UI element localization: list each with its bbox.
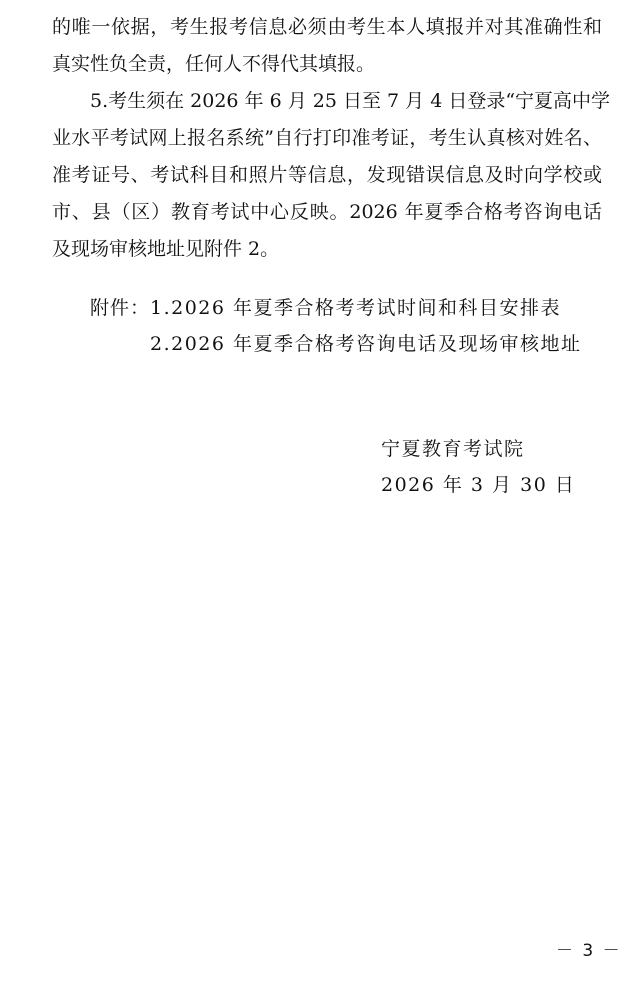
paragraph-5-line-4: 市、县（区）教育考试中心反映。2026 年夏季合格考咨询电话 <box>52 200 602 224</box>
paragraph-5-line-1: 5.考生须在 2026 年 6 月 25 日至 7 月 4 日登录“宁夏高中学 <box>90 89 602 113</box>
paragraph-4-line-2: 真实性负全责，任何人不得代其填报。 <box>52 52 602 76</box>
attachment-item-1: 1.2026 年夏季合格考考试时间和科目安排表 <box>150 296 561 320</box>
signature-date: 2026 年 3 月 30 日 <box>381 473 575 497</box>
paragraph-4-line-1: 的唯一依据，考生报考信息必须由考生本人填报并对其准确性和 <box>52 15 602 39</box>
attachment-item-2: 2.2026 年夏季合格考咨询电话及现场审核地址 <box>150 332 582 356</box>
paragraph-5-line-3: 准考证号、考试科目和照片等信息，发现错误信息及时向学校或 <box>52 163 602 187</box>
paragraph-5-line-2: 业水平考试网上报名系统”自行打印准考证，考生认真核对姓名、 <box>52 126 602 150</box>
document-page: 的唯一依据，考生报考信息必须由考生本人填报并对其准确性和 真实性负全责，任何人不… <box>0 0 641 994</box>
attachments-label: 附件： <box>90 296 150 320</box>
paragraph-5-line-5: 及现场审核地址见附件 2。 <box>52 237 602 261</box>
page-number: － 3 － <box>556 940 622 962</box>
signature-organization: 宁夏教育考试院 <box>381 437 525 461</box>
